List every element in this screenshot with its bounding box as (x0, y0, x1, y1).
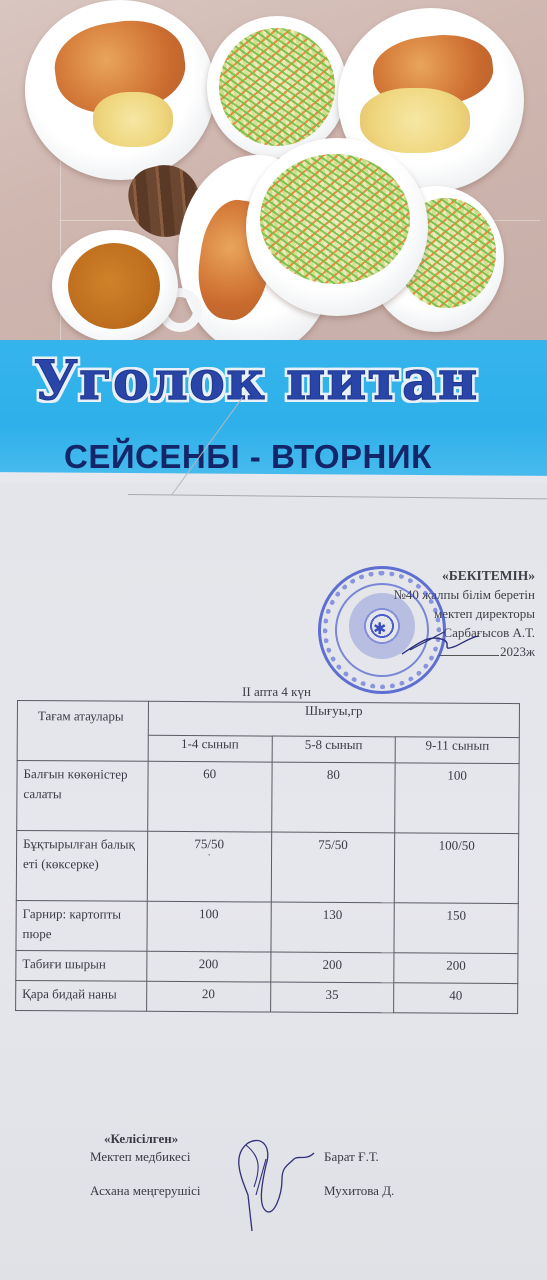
dish-name: Гарнир: картопты пюре (16, 900, 147, 951)
salad-plate (207, 16, 347, 158)
person-name: Барат Ғ.Т. (324, 1148, 379, 1166)
dish-name: Қара бидай наны (16, 980, 147, 1011)
mashed-potatoes (93, 92, 173, 147)
portion-value: 100 (147, 901, 271, 952)
menu-banner: Уголок питан СЕЙСЕНБІ - ВТОРНИК (0, 340, 547, 482)
menu-table: Тағам атаулары Шығуы,гр 1-4 сынып 5-8 сы… (15, 700, 520, 1014)
table-header-row: Тағам атаулары Шығуы,гр (17, 701, 519, 738)
portion-value: 150 (394, 903, 518, 954)
portion-value: 80 (271, 762, 395, 833)
table-row: Табиғи шырын 200 200 200 (16, 950, 518, 983)
header-class-5-8: 5-8 сынып (272, 736, 396, 763)
table-row: Бұқтырылған балық еті (көксерке) 75/50· … (16, 831, 518, 904)
mashed-potatoes (360, 88, 470, 153)
portion-value: 200 (147, 951, 271, 982)
dish-name: Бұқтырылған балық еті (көксерке) (16, 831, 147, 902)
star-icon: ✱ (373, 619, 386, 638)
handwritten-signature (222, 1135, 322, 1235)
portion-value: 35 (270, 982, 394, 1013)
juice-cup (52, 230, 178, 340)
food-photo (0, 0, 547, 340)
portion-value: 130 (270, 902, 394, 953)
juice (68, 243, 160, 329)
portion-value: 40 (394, 983, 518, 1014)
portion-value: 75/50· (147, 831, 271, 902)
banner-title: Уголок питан (34, 348, 478, 412)
portion-value: 100/50 (395, 833, 519, 904)
stray-mark: · (148, 852, 271, 861)
table-row: Қара бидай наны 20 35 40 (16, 980, 518, 1013)
portion-value: 75/50 (271, 832, 395, 903)
banner-day: СЕЙСЕНБІ - ВТОРНИК (64, 438, 432, 476)
dish-name: Табиғи шырын (16, 950, 147, 981)
portion-value: 60 (147, 761, 271, 832)
header-class-1-4: 1-4 сынып (148, 735, 272, 762)
portion-value: 100 (395, 763, 519, 834)
dish-name: Балғын көкөністер салаты (17, 761, 148, 832)
person-name: Мухитова Д. (324, 1182, 394, 1200)
table-row: Балғын көкөністер салаты 60 80 100 (17, 761, 519, 834)
table-row: Гарнир: картопты пюре 100 130 150 (16, 900, 518, 953)
fish-bowl (25, 0, 215, 180)
header-output: Шығуы,гр (148, 701, 519, 737)
header-class-9-11: 9-11 сынып (395, 737, 519, 764)
portion-value: 200 (394, 953, 518, 984)
portion-value-text: 75/50 (194, 836, 224, 851)
portion-value: 200 (270, 952, 394, 983)
vegetable-salad (260, 154, 410, 284)
approval-year: 2023ж (500, 644, 535, 659)
salad-bowl (246, 138, 428, 316)
portion-value: 20 (146, 981, 270, 1012)
banner-edge (0, 472, 547, 482)
week-day-title: II апта 4 күн (0, 684, 547, 700)
director-signature (400, 628, 480, 658)
vegetable-salad (219, 28, 335, 146)
header-dish-names: Тағам атаулары (17, 701, 148, 762)
